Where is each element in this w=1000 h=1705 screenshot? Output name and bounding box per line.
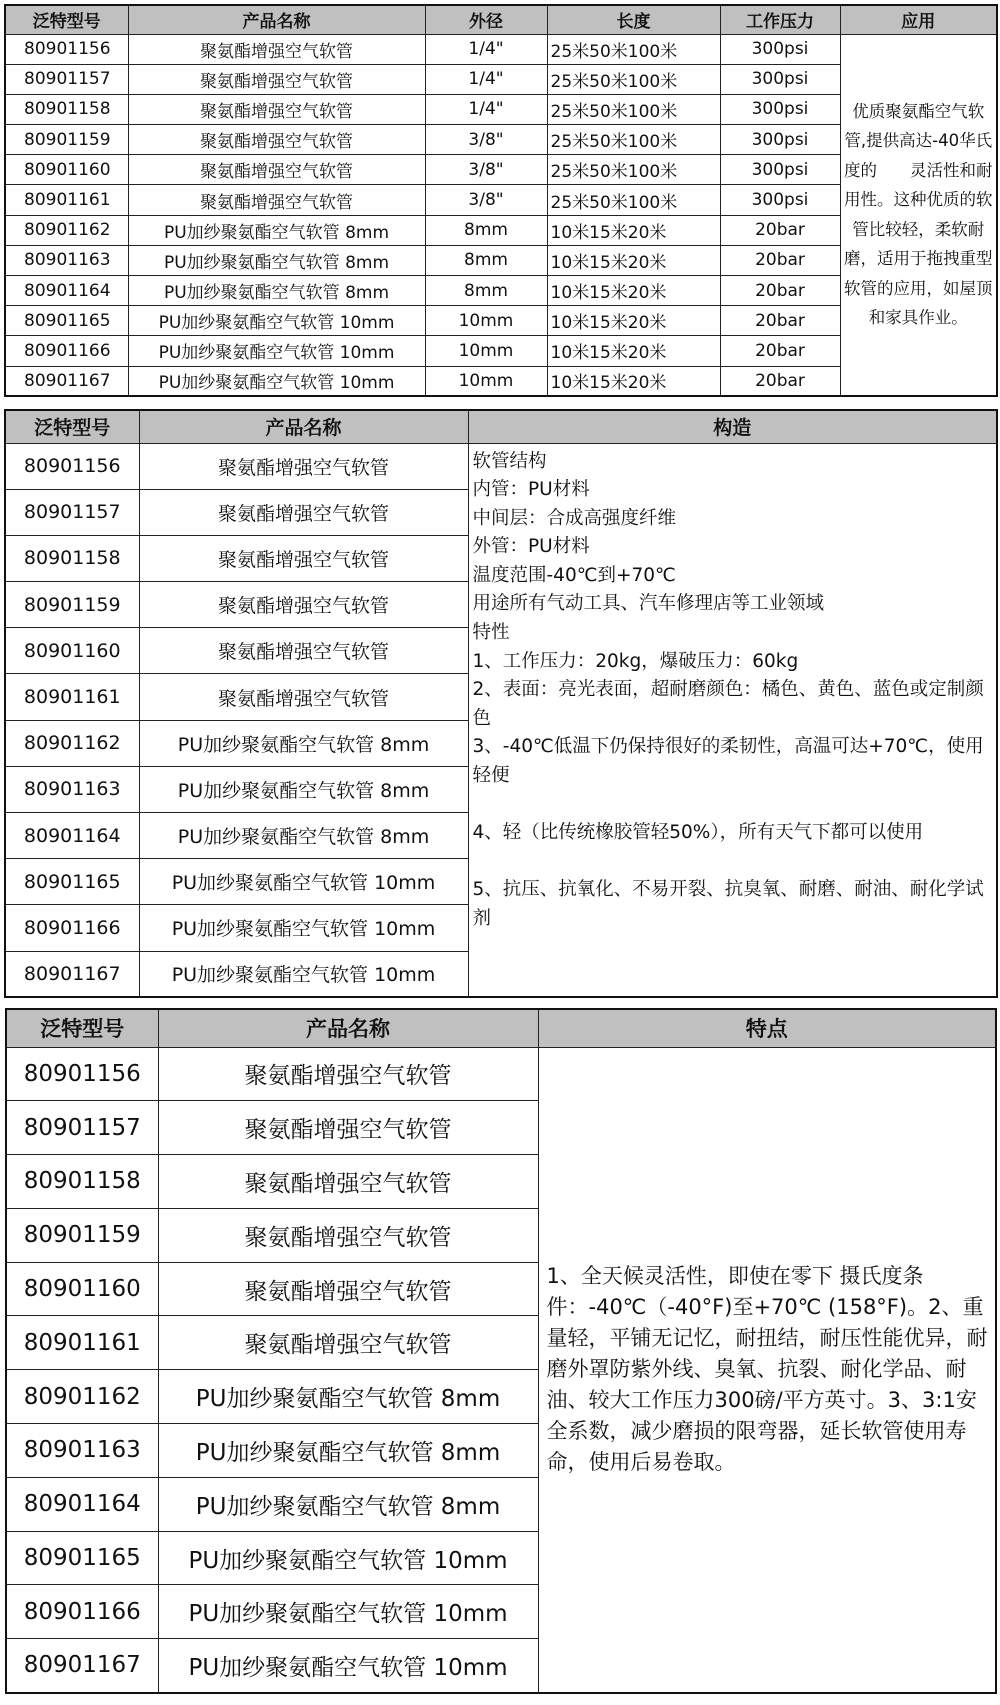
model-cell: 80901156 — [5, 34, 128, 64]
header-length: 长度 — [547, 5, 720, 34]
working-pressure-cell: 20bar — [720, 336, 840, 366]
features-cell: 1、全天候灵活性，即使在零下 摄氏度条件：-40℃（-40°F)至+70℃ (1… — [538, 1047, 996, 1693]
header-product-name: 产品名称 — [128, 5, 425, 34]
table-row: 80901156聚氨酯增强空气软管软管结构内管：PU材料中间层：合成高强度纤维外… — [5, 443, 997, 489]
model-cell: 80901167 — [6, 1639, 158, 1693]
outer-diameter-cell: 3/8" — [425, 185, 547, 215]
working-pressure-cell: 20bar — [720, 366, 840, 396]
outer-diameter-cell: 1/4" — [425, 94, 547, 124]
construction-line-middle: 中间层：合成高强度纤维 — [473, 505, 993, 534]
model-cell: 80901164 — [5, 276, 128, 306]
product-name-cell: PU加纱聚氨酯空气软管 10mm — [139, 905, 468, 951]
product-name-cell: 聚氨酯增强空气软管 — [139, 674, 468, 720]
product-name-cell: PU加纱聚氨酯空气软管 8mm — [128, 276, 425, 306]
construction-line-f1: 1、工作压力：20kg，爆破压力：60kg — [473, 648, 993, 677]
product-name-cell: PU加纱聚氨酯空气软管 8mm — [128, 215, 425, 245]
product-name-cell: 聚氨酯增强空气软管 — [158, 1208, 538, 1262]
length-cell: 10米15米20米 — [547, 245, 720, 275]
model-cell: 80901162 — [5, 720, 139, 766]
product-name-cell: 聚氨酯增强空气软管 — [158, 1101, 538, 1155]
outer-diameter-cell: 10mm — [425, 306, 547, 336]
working-pressure-cell: 300psi — [720, 94, 840, 124]
length-cell: 10米15米20米 — [547, 215, 720, 245]
working-pressure-cell: 20bar — [720, 245, 840, 275]
model-cell: 80901163 — [6, 1424, 158, 1478]
working-pressure-cell: 20bar — [720, 215, 840, 245]
product-name-cell: PU加纱聚氨酯空气软管 8mm — [158, 1370, 538, 1424]
header-outer-diameter: 外径 — [425, 5, 547, 34]
features-table: 泛特型号 产品名称 特点 80901156聚氨酯增强空气软管1、全天候灵活性，即… — [5, 1008, 997, 1694]
working-pressure-cell: 300psi — [720, 64, 840, 94]
product-name-cell: 聚氨酯增强空气软管 — [158, 1155, 538, 1209]
product-name-cell: 聚氨酯增强空气软管 — [128, 125, 425, 155]
model-cell: 80901158 — [6, 1155, 158, 1209]
model-cell: 80901159 — [5, 125, 128, 155]
working-pressure-cell: 300psi — [720, 125, 840, 155]
model-cell: 80901164 — [5, 813, 139, 859]
header-features: 特点 — [538, 1009, 996, 1047]
table-row: 80901156聚氨酯增强空气软管1/4"25米50米100米300psi优质聚… — [5, 34, 997, 64]
outer-diameter-cell: 1/4" — [425, 34, 547, 64]
model-cell: 80901165 — [5, 859, 139, 905]
model-cell: 80901160 — [5, 628, 139, 674]
model-cell: 80901161 — [5, 185, 128, 215]
model-cell: 80901165 — [6, 1531, 158, 1585]
product-name-cell: 聚氨酯增强空气软管 — [128, 94, 425, 124]
working-pressure-cell: 300psi — [720, 155, 840, 185]
product-name-cell: 聚氨酯增强空气软管 — [158, 1316, 538, 1370]
product-name-cell: PU加纱聚氨酯空气软管 8mm — [139, 813, 468, 859]
product-name-cell: PU加纱聚氨酯空气软管 8mm — [139, 766, 468, 812]
product-name-cell: 聚氨酯增强空气软管 — [139, 443, 468, 489]
spec-table: 泛特型号 产品名称 外径 长度 工作压力 应用 80901156聚氨酯增强空气软… — [4, 4, 998, 397]
construction-table: 泛特型号 产品名称 构造 80901156聚氨酯增强空气软管软管结构内管：PU材… — [4, 409, 998, 998]
working-pressure-cell: 300psi — [720, 185, 840, 215]
product-name-cell: PU加纱聚氨酯空气软管 10mm — [128, 336, 425, 366]
spec-table-header-row: 泛特型号 产品名称 外径 长度 工作压力 应用 — [5, 5, 997, 34]
header-application: 应用 — [840, 5, 997, 34]
model-cell: 80901157 — [5, 64, 128, 94]
length-cell: 25米50米100米 — [547, 64, 720, 94]
product-name-cell: 聚氨酯增强空气软管 — [128, 34, 425, 64]
length-cell: 25米50米100米 — [547, 155, 720, 185]
product-name-cell: PU加纱聚氨酯空气软管 10mm — [128, 366, 425, 396]
product-name-cell: 聚氨酯增强空气软管 — [158, 1262, 538, 1316]
features-table-header-row: 泛特型号 产品名称 特点 — [6, 1009, 996, 1047]
product-name-cell: PU加纱聚氨酯空气软管 8mm — [139, 720, 468, 766]
product-name-cell: PU加纱聚氨酯空气软管 10mm — [158, 1639, 538, 1693]
outer-diameter-cell: 3/8" — [425, 155, 547, 185]
construction-line-title: 软管结构 — [473, 448, 993, 477]
length-cell: 25米50米100米 — [547, 34, 720, 64]
construction-line-f4: 4、轻（比传统橡胶管轻50%），所有天气下都可以使用 — [473, 819, 993, 848]
outer-diameter-cell: 8mm — [425, 245, 547, 275]
length-cell: 25米50米100米 — [547, 125, 720, 155]
working-pressure-cell: 20bar — [720, 276, 840, 306]
model-cell: 80901161 — [5, 674, 139, 720]
product-name-cell: 聚氨酯增强空气软管 — [139, 582, 468, 628]
model-cell: 80901160 — [6, 1262, 158, 1316]
product-name-cell: PU加纱聚氨酯空气软管 10mm — [158, 1531, 538, 1585]
model-cell: 80901159 — [6, 1208, 158, 1262]
product-name-cell: PU加纱聚氨酯空气软管 8mm — [158, 1477, 538, 1531]
model-cell: 80901158 — [5, 535, 139, 581]
header-working-pressure: 工作压力 — [720, 5, 840, 34]
length-cell: 10米15米20米 — [547, 336, 720, 366]
outer-diameter-cell: 3/8" — [425, 125, 547, 155]
construction-line-inner: 内管：PU材料 — [473, 476, 993, 505]
product-name-cell: 聚氨酯增强空气软管 — [128, 155, 425, 185]
construction-line-features-title: 特性 — [473, 619, 993, 648]
product-name-cell: 聚氨酯增强空气软管 — [128, 64, 425, 94]
outer-diameter-cell: 1/4" — [425, 64, 547, 94]
model-cell: 80901159 — [5, 582, 139, 628]
construction-line-f5: 5、抗压、抗氧化、不易开裂、抗臭氧、耐磨、耐油、耐化学试剂 — [473, 876, 993, 933]
model-cell: 80901160 — [5, 155, 128, 185]
header-model: 泛特型号 — [5, 410, 139, 443]
length-cell: 10米15米20米 — [547, 276, 720, 306]
length-cell: 10米15米20米 — [547, 366, 720, 396]
product-name-cell: 聚氨酯增强空气软管 — [158, 1047, 538, 1101]
working-pressure-cell: 300psi — [720, 34, 840, 64]
product-name-cell: PU加纱聚氨酯空气软管 8mm — [128, 245, 425, 275]
model-cell: 80901162 — [5, 215, 128, 245]
model-cell: 80901163 — [5, 245, 128, 275]
product-name-cell: PU加纱聚氨酯空气软管 10mm — [128, 306, 425, 336]
header-model: 泛特型号 — [5, 5, 128, 34]
model-cell: 80901166 — [5, 336, 128, 366]
outer-diameter-cell: 8mm — [425, 276, 547, 306]
header-product-name: 产品名称 — [139, 410, 468, 443]
product-name-cell: 聚氨酯增强空气软管 — [128, 185, 425, 215]
product-name-cell: 聚氨酯增强空气软管 — [139, 628, 468, 674]
model-cell: 80901164 — [6, 1477, 158, 1531]
construction-table-header-row: 泛特型号 产品名称 构造 — [5, 410, 997, 443]
product-name-cell: PU加纱聚氨酯空气软管 10mm — [158, 1585, 538, 1639]
construction-line-f3: 3、-40℃低温下仍保持很好的柔韧性，高温可达+70℃，使用轻便 — [473, 733, 993, 790]
application-cell: 优质聚氨酯空气软管,提供高达-40华氏度的 灵活性和耐用性。这种优质的软管比较轻… — [840, 34, 997, 396]
model-cell: 80901167 — [5, 951, 139, 997]
length-cell: 25米50米100米 — [547, 185, 720, 215]
header-product-name: 产品名称 — [158, 1009, 538, 1047]
model-cell: 80901157 — [6, 1101, 158, 1155]
construction-line-outer: 外管：PU材料 — [473, 533, 993, 562]
header-construction: 构造 — [468, 410, 997, 443]
product-name-cell: PU加纱聚氨酯空气软管 10mm — [139, 859, 468, 905]
length-cell: 10米15米20米 — [547, 306, 720, 336]
product-name-cell: 聚氨酯增强空气软管 — [139, 535, 468, 581]
model-cell: 80901156 — [6, 1047, 158, 1101]
product-name-cell: 聚氨酯增强空气软管 — [139, 489, 468, 535]
product-name-cell: PU加纱聚氨酯空气软管 8mm — [158, 1424, 538, 1478]
table-row: 80901156聚氨酯增强空气软管1、全天候灵活性，即使在零下 摄氏度条件：-4… — [6, 1047, 996, 1101]
model-cell: 80901157 — [5, 489, 139, 535]
construction-line-usage: 用途所有气动工具、汽车修理店等工业领域 — [473, 590, 993, 619]
model-cell: 80901163 — [5, 766, 139, 812]
spacer — [473, 848, 993, 877]
product-name-cell: PU加纱聚氨酯空气软管 10mm — [139, 951, 468, 997]
model-cell: 80901167 — [5, 366, 128, 396]
model-cell: 80901162 — [6, 1370, 158, 1424]
outer-diameter-cell: 10mm — [425, 366, 547, 396]
model-cell: 80901158 — [5, 94, 128, 124]
model-cell: 80901166 — [5, 905, 139, 951]
model-cell: 80901165 — [5, 306, 128, 336]
outer-diameter-cell: 10mm — [425, 336, 547, 366]
working-pressure-cell: 20bar — [720, 306, 840, 336]
length-cell: 25米50米100米 — [547, 94, 720, 124]
spacer — [473, 791, 993, 820]
model-cell: 80901161 — [6, 1316, 158, 1370]
construction-line-temp: 温度范围-40℃到+70℃ — [473, 562, 993, 591]
model-cell: 80901166 — [6, 1585, 158, 1639]
header-model: 泛特型号 — [6, 1009, 158, 1047]
construction-cell: 软管结构内管：PU材料中间层：合成高强度纤维外管：PU材料温度范围-40℃到+7… — [468, 443, 997, 997]
outer-diameter-cell: 8mm — [425, 215, 547, 245]
model-cell: 80901156 — [5, 443, 139, 489]
construction-line-f2: 2、表面：亮光表面，超耐磨颜色：橘色、黄色、蓝色或定制颜色 — [473, 676, 993, 733]
